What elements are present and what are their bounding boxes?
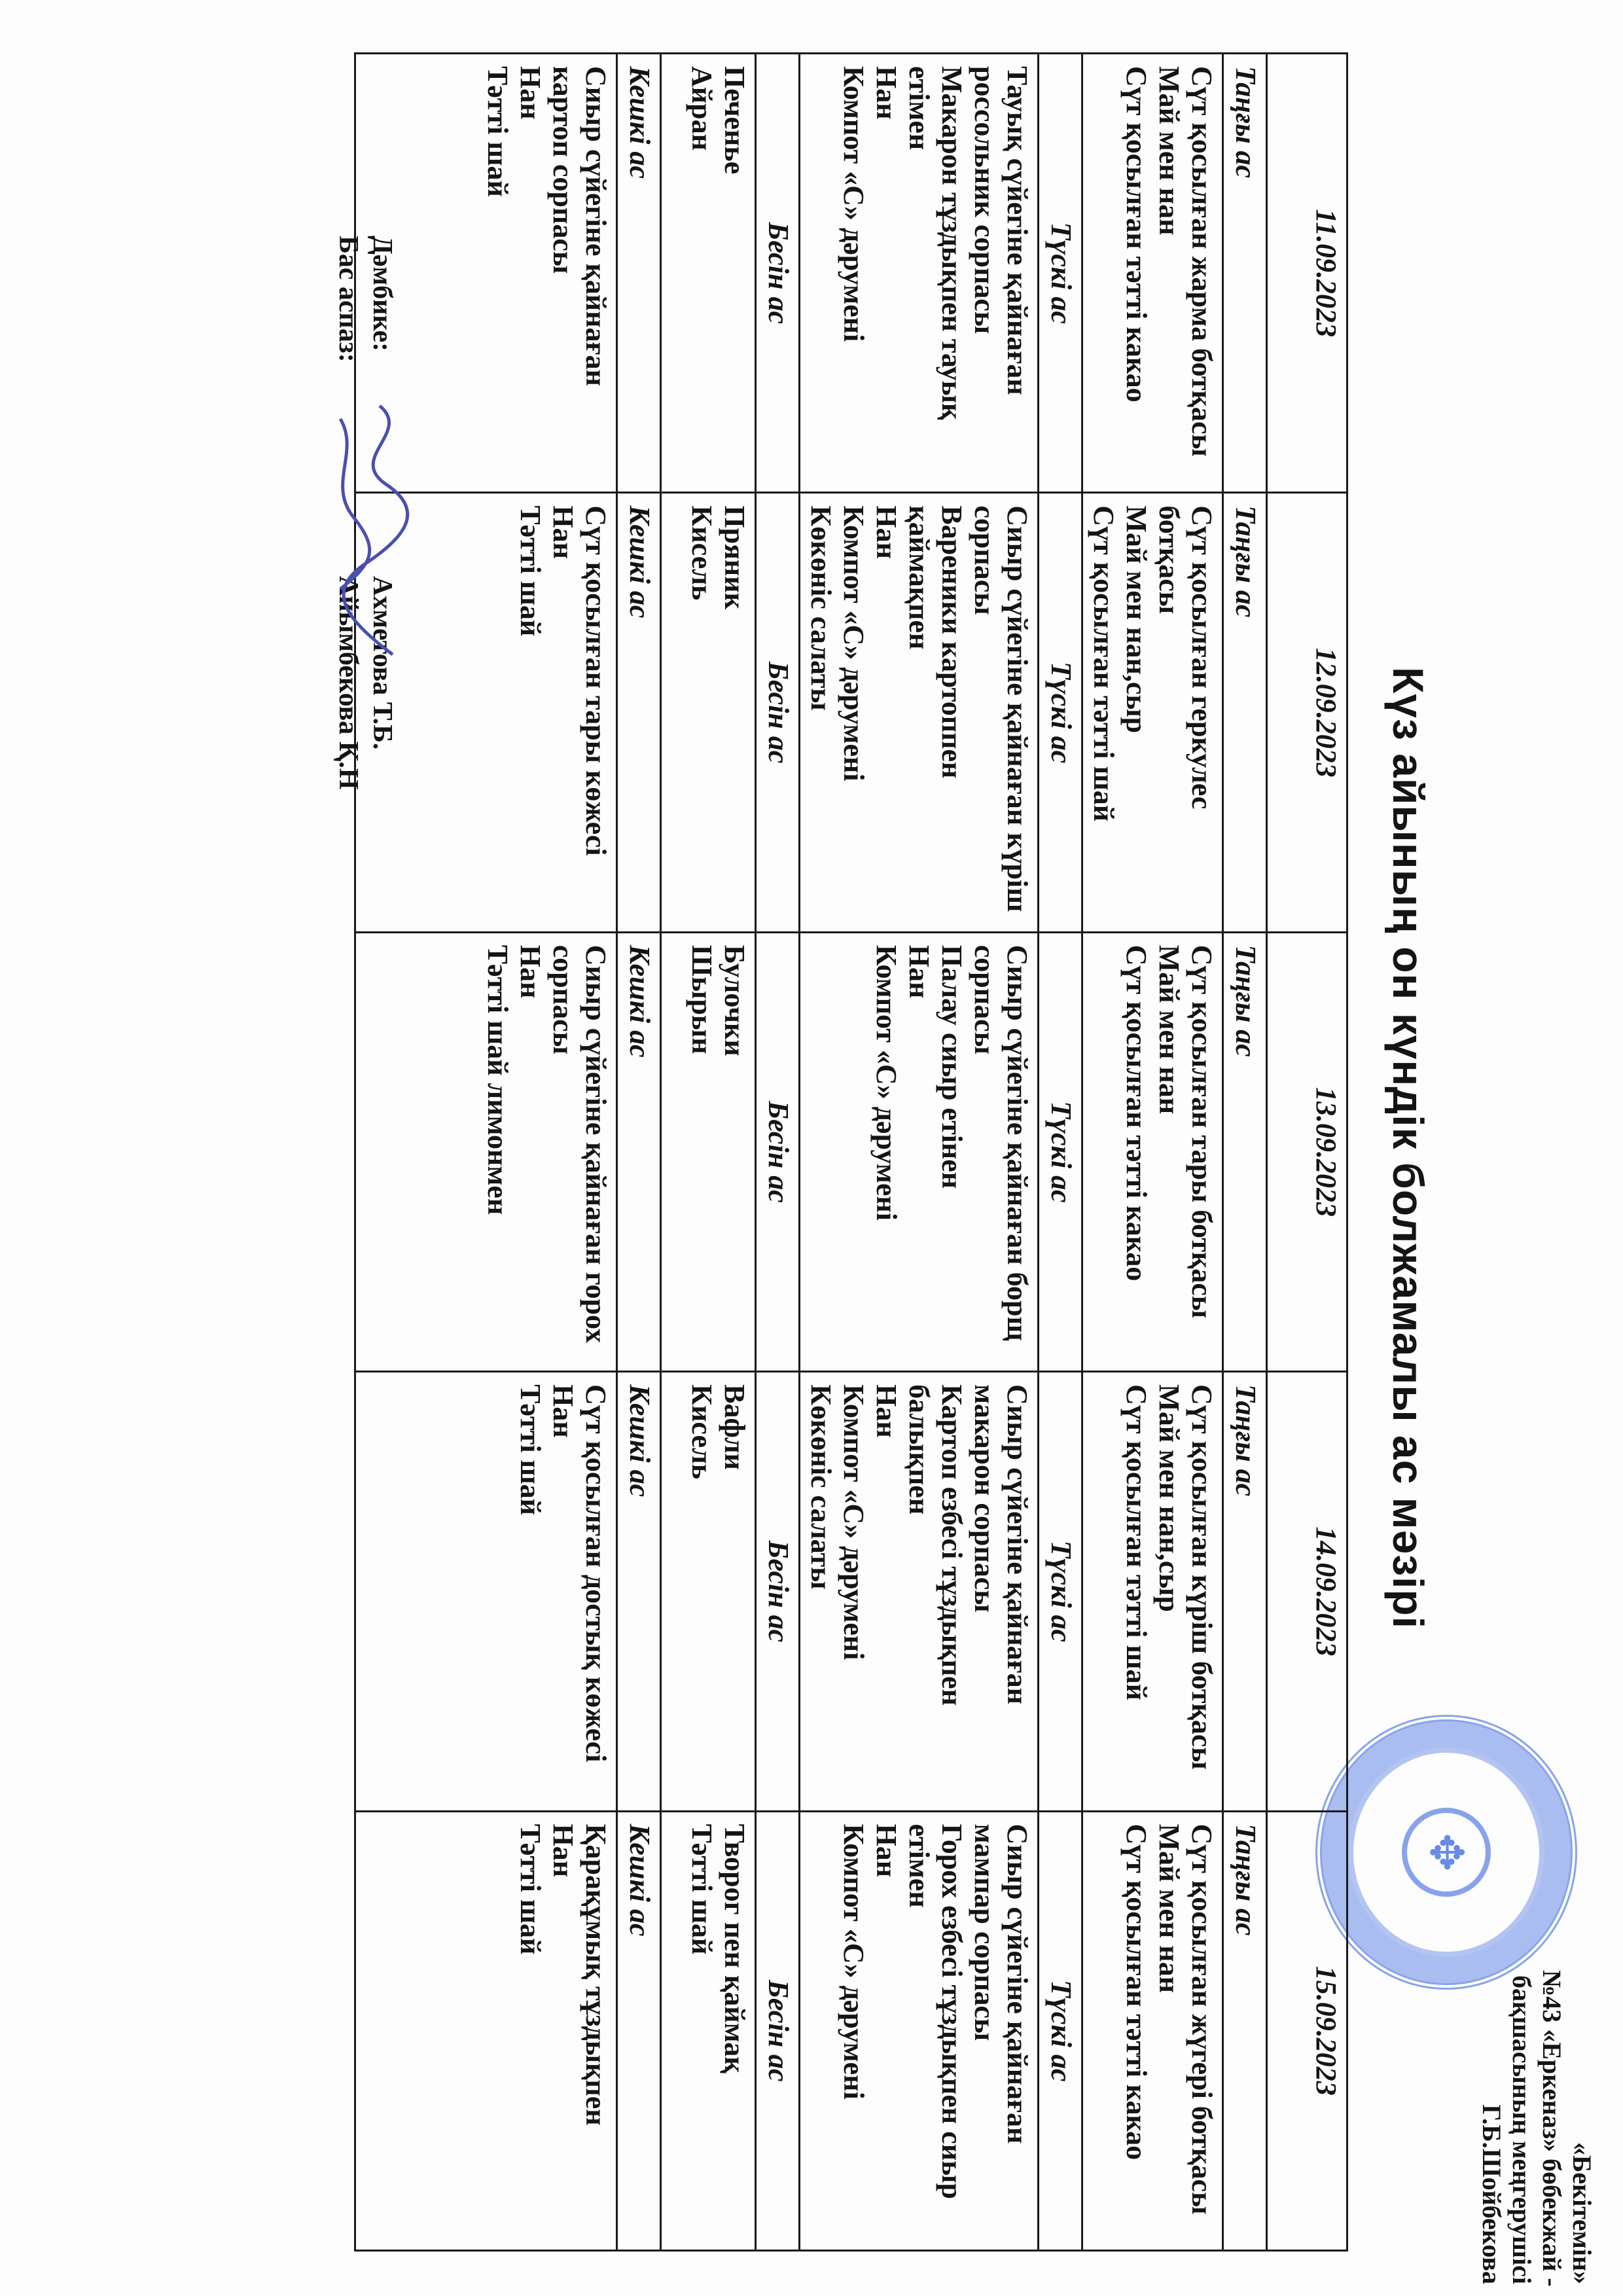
menu-table: 11.09.202312.09.202313.09.202314.09.2023… (354, 52, 1348, 2251)
menu-item: Тәтті шай (481, 66, 514, 480)
handwritten-signature-icon (321, 393, 419, 668)
menu-item: Компот «С» дәрумені (837, 1384, 870, 1798)
menu-item: Сүт қосылған тәтті какао (1120, 66, 1152, 480)
dinner-label: Кешкі ас (624, 1824, 656, 1937)
menu-item: Кисель (685, 505, 718, 919)
lunch-label: Түскі ас (1045, 662, 1077, 763)
lunch-items-cell: Сиыр сүйегіне қайнаған мампар сорпасыГор… (800, 1811, 1039, 2250)
menu-item: Сүт қосылған жүгері ботқасы (1185, 1824, 1218, 2238)
lunch-label-cell: Түскі ас (1039, 493, 1082, 932)
date-cell: 11.09.2023 (1267, 54, 1347, 493)
menu-item: Тәтті шай (514, 1824, 546, 2238)
menu-item: Горох езбесі тұздықпен сиыр етімен (902, 1824, 968, 2238)
breakfast-items-cell: Сүт қосылған геркулес ботқасыМай мен нан… (1082, 493, 1223, 932)
dinner-label: Кешкі ас (624, 1384, 656, 1497)
menu-item: Тауық сүйегіне қайнаған россольник сорпа… (968, 66, 1033, 480)
lunch-label-cell: Түскі ас (1039, 1372, 1082, 1811)
lunch-items-row: Тауық сүйегіне қайнаған россольник сорпа… (800, 54, 1039, 2251)
approval-line-1: «Бекітемін» (1567, 1970, 1597, 2284)
date-cell: 13.09.2023 (1267, 932, 1347, 1371)
date-cell: 14.09.2023 (1267, 1372, 1347, 1811)
approval-line-4: Г.Б.Шойбекова (1476, 1970, 1507, 2284)
breakfast-label-cell: Таңғы ас (1223, 1811, 1267, 2250)
menu-item: Көкөніс салаты (804, 505, 837, 919)
date-label: 15.09.2023 (1310, 1966, 1342, 2096)
breakfast-items-cell: Сүт қосылған тары ботқасыМай мен нанСүт … (1082, 932, 1223, 1371)
menu-item: Май мен нан (1152, 1824, 1185, 2238)
snack-items-cell: ВафлиКисель (661, 1372, 756, 1811)
breakfast-label: Таңғы ас (1230, 505, 1262, 617)
menu-item: Сиыр сүйегіне қайнаған мампар сорпасы (968, 1824, 1033, 2238)
date-cell: 12.09.2023 (1267, 493, 1347, 932)
menu-item: Сүт қосылған күріш ботқасы (1185, 1384, 1218, 1798)
menu-item: Пряник (718, 505, 751, 919)
menu-item: Сиыр сүйегіне қайнаған макарон сорпасы (968, 1384, 1033, 1798)
menu-item: Кисель (685, 1384, 718, 1798)
menu-item: Сиыр сүйегіне қайнаған горох сорпасы (546, 945, 612, 1359)
menu-item: Макарон тұздықпен тауық етімен (902, 66, 968, 480)
breakfast-label-cell: Таңғы ас (1223, 54, 1267, 493)
menu-item: Қарақұмық тұздықпен (579, 1824, 612, 2238)
menu-item: Нан (870, 66, 902, 480)
menu-item: Картоп езбесі тұздықпен балықпен (902, 1384, 968, 1798)
lunch-items-cell: Тауық сүйегіне қайнаған россольник сорпа… (800, 54, 1039, 493)
dinner-label-cell: Кешкі ас (617, 932, 661, 1371)
snack-label: Бесін ас (762, 1101, 794, 1203)
breakfast-label-cell: Таңғы ас (1223, 932, 1267, 1371)
lunch-label-cell: Түскі ас (1039, 1811, 1082, 2250)
dinner-items-cell: Сиыр сүйегіне қайнаған горох сорпасыНанТ… (355, 932, 617, 1371)
menu-item: Компот «С» дәрумені (870, 945, 902, 1359)
menu-item: Сүт қосылған тәтті шай (1087, 505, 1120, 919)
menu-item: Нан (514, 945, 546, 1359)
menu-item: Май мен нан (1152, 945, 1185, 1359)
dinner-label-cell: Кешкі ас (617, 1372, 661, 1811)
lunch-label: Түскі ас (1045, 222, 1077, 323)
menu-item: Творог пен қаймақ (718, 1824, 751, 2238)
date-label: 12.09.2023 (1310, 648, 1342, 778)
menu-item: Сиыр сүйегіне қайнаған күріш сорпасы (968, 505, 1033, 919)
breakfast-items-cell: Сүт қосылған күріш ботқасыМай мен нан,сы… (1082, 1372, 1223, 1811)
menu-item: Нан (514, 66, 546, 480)
menu-item: Компот «С» дәрумені (837, 1824, 870, 2238)
breakfast-items-cell: Сүт қосылған жүгері ботқасыМай мен нанСү… (1082, 1811, 1223, 2250)
menu-item: Тәтті шай лимонмен (481, 945, 514, 1359)
page-title: Күз айының он күндік болжамалы ас мәзірі (1383, 0, 1433, 2296)
date-label: 11.09.2023 (1310, 209, 1342, 337)
lunch-label: Түскі ас (1045, 1541, 1077, 1642)
menu-item: Шырын (685, 945, 718, 1359)
menu-item: Нан (870, 1824, 902, 2238)
snack-label: Бесін ас (762, 1980, 794, 2082)
snack-items-cell: ПряникКисель (661, 493, 756, 932)
menu-item: Палау сиыр етінен (935, 945, 968, 1359)
menu-item: Сүт қосылған геркулес ботқасы (1152, 505, 1218, 919)
snack-label-cell: Бесін ас (756, 493, 800, 932)
menu-item: Компот «С» дәрумені (837, 505, 870, 919)
menu-item: Сиыр сүйегіне қайнаған картоп сорпасы (546, 66, 612, 480)
lunch-label-cell: Түскі ас (1039, 932, 1082, 1371)
menu-item: Май мен нан,сыр (1152, 1384, 1185, 1798)
date-label: 14.09.2023 (1310, 1526, 1342, 1656)
menu-item: Сиыр сүйегіне қайнаған борщ сорпасы (968, 945, 1033, 1359)
date-row: 11.09.202312.09.202313.09.202314.09.2023… (1267, 54, 1347, 2251)
snack-label-cell: Бесін ас (756, 1811, 800, 2250)
snack-label: Бесін ас (762, 222, 794, 324)
snack-items-row: ПеченьеАйранПряникКисельБулочкиШырынВафл… (661, 54, 756, 2251)
menu-item: Сүт қосылған тары көжесі (579, 505, 612, 919)
breakfast-label-cell: Таңғы ас (1223, 1372, 1267, 1811)
breakfast-label-cell: Таңғы ас (1223, 493, 1267, 932)
menu-item: Нан (902, 945, 935, 1359)
dinner-label-cell: Кешкі ас (617, 54, 661, 493)
menu-item: Көкөніс салаты (804, 1384, 837, 1798)
approval-block: «Бекітемін» №43 «Еркеназ» бөбекжай - бақ… (1476, 1970, 1597, 2284)
lunch-label: Түскі ас (1045, 1101, 1077, 1202)
lunch-items-cell: Сиыр сүйегіне қайнаған борщ сорпасыПалау… (800, 932, 1039, 1371)
breakfast-label: Таңғы ас (1230, 945, 1262, 1057)
snack-items-cell: ПеченьеАйран (661, 54, 756, 493)
menu-sheet: «Бекітемін» №43 «Еркеназ» бөбекжай - бақ… (0, 0, 1623, 2296)
menu-item: Вареники картоппен қаймақпен (902, 505, 968, 919)
lunch-items-cell: Сиыр сүйегіне қайнаған макарон сорпасыКа… (800, 1372, 1039, 1811)
lunch-label-cell: Түскі ас (1039, 54, 1082, 493)
breakfast-items-cell: Сүт қосылған жарма ботқасыМай мен нанСүт… (1082, 54, 1223, 493)
snack-label-cell: Бесін ас (756, 54, 800, 493)
official-seal-icon: ✥ (1315, 1715, 1577, 1990)
dinner-label: Кешкі ас (624, 66, 656, 179)
menu-item: Нан (546, 505, 579, 919)
menu-item: Компот «С» дәрумені (837, 66, 870, 480)
menu-item: Айран (685, 66, 718, 480)
menu-item: Печенье (718, 66, 751, 480)
dinner-label-cell: Кешкі ас (617, 1811, 661, 2250)
snack-items-cell: Творог пен қаймақТәтті шай (661, 1811, 756, 2250)
menu-item: Вафли (718, 1384, 751, 1798)
menu-item: Нан (870, 1384, 902, 1798)
lunch-label-row: Түскі асТүскі асТүскі асТүскі асТүскі ас (1039, 54, 1082, 2251)
menu-item: Нан (870, 505, 902, 919)
lunch-items-cell: Сиыр сүйегіне қайнаған күріш сорпасыВаре… (800, 493, 1039, 932)
snack-label: Бесін ас (762, 1541, 794, 1643)
date-label: 13.09.2023 (1310, 1087, 1342, 1217)
dinner-label-row: Кешкі асКешкі асКешкі асКешкі асКешкі ас (617, 54, 661, 2251)
snack-label-cell: Бесін ас (756, 932, 800, 1371)
menu-item: Сүт қосылған тәтті какао (1120, 945, 1152, 1359)
menu-item: Булочки (718, 945, 751, 1359)
menu-item: Сүт қосылған тәтті какао (1120, 1824, 1152, 2238)
menu-item: Май мен нан,сыр (1120, 505, 1152, 919)
breakfast-label: Таңғы ас (1230, 66, 1262, 178)
snack-label-row: Бесін асБесін асБесін асБесін асБесін ас (756, 54, 800, 2251)
menu-item: Нан (546, 1384, 579, 1798)
dinner-label: Кешкі ас (624, 505, 656, 618)
breakfast-label: Таңғы ас (1230, 1384, 1262, 1496)
snack-items-cell: БулочкиШырын (661, 932, 756, 1371)
menu-item: Тәтті шай (514, 1384, 546, 1798)
lunch-label: Түскі ас (1045, 1980, 1077, 2081)
dinner-label-cell: Кешкі ас (617, 493, 661, 932)
dinner-items-cell: Қарақұмық тұздықпенНанТәтті шай (355, 1811, 617, 2250)
menu-item: Сүт қосылған тәтті шай (1120, 1384, 1152, 1798)
menu-item: Сүт қосылған достық көжесі (579, 1384, 612, 1798)
menu-item: Сүт қосылған тары ботқасы (1185, 945, 1218, 1359)
menu-item: Тәтті шай (685, 1824, 718, 2238)
dinner-items-cell: Сүт қосылған достық көжесіНанТәтті шай (355, 1372, 617, 1811)
menu-item: Май мен нан (1152, 66, 1185, 480)
menu-item: Нан (546, 1824, 579, 2238)
approval-line-2: №43 «Еркеназ» бөбекжай - (1537, 1970, 1567, 2284)
breakfast-label: Таңғы ас (1230, 1824, 1262, 1936)
breakfast-items-row: Сүт қосылған жарма ботқасыМай мен нанСүт… (1082, 54, 1223, 2251)
approval-line-3: бақшасының меңгерушісі (1507, 1970, 1537, 2284)
snack-label: Бесін ас (762, 662, 794, 764)
menu-item: Сүт қосылған жарма ботқасы (1185, 66, 1218, 480)
menu-item: Тәтті шай (514, 505, 546, 919)
date-cell: 15.09.2023 (1267, 1811, 1347, 2250)
dinner-label: Кешкі ас (624, 945, 656, 1058)
breakfast-label-row: Таңғы асТаңғы асТаңғы асТаңғы асТаңғы ас (1223, 54, 1267, 2251)
snack-label-cell: Бесін ас (756, 1372, 800, 1811)
